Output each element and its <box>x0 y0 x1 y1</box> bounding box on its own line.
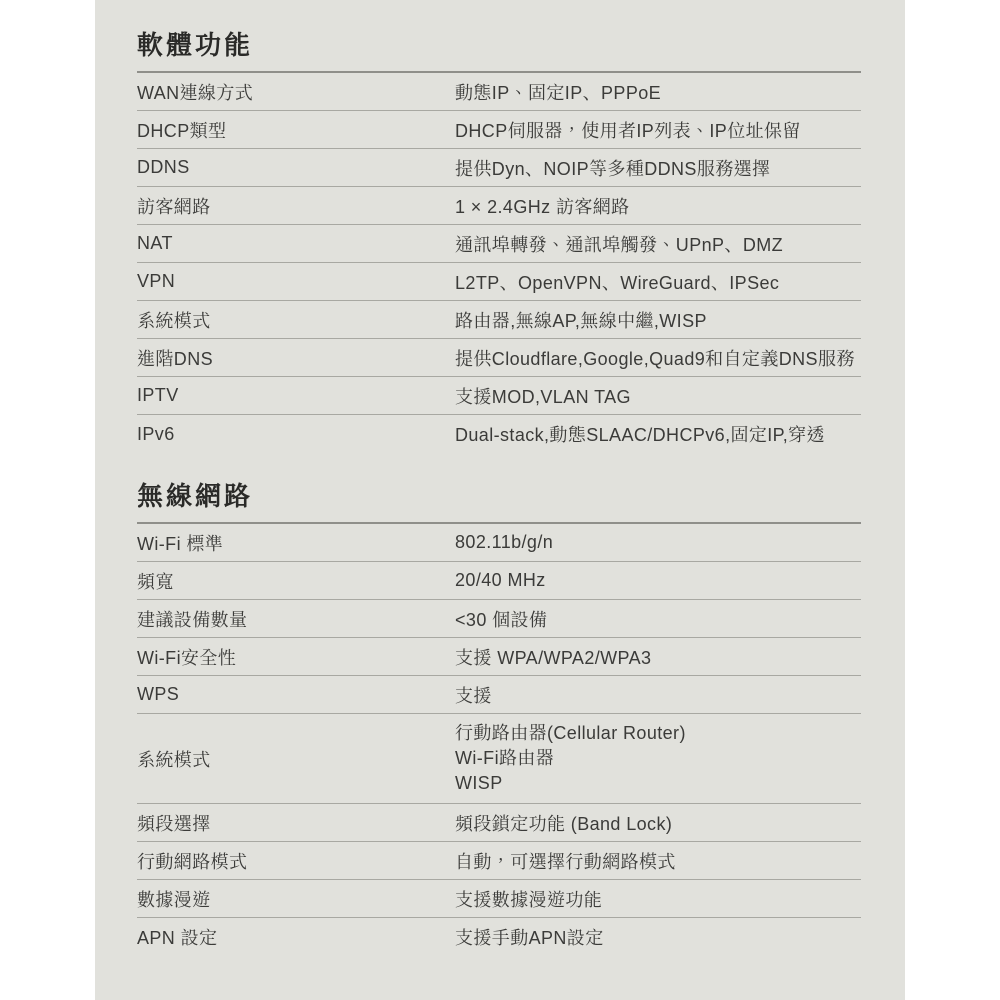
spec-row: 數據漫遊支援數據漫遊功能 <box>137 880 861 918</box>
spec-value: DHCP伺服器，使用者IP列表、IP位址保留 <box>455 117 861 143</box>
spec-row: 系統模式路由器,無線AP,無線中繼,WISP <box>137 301 861 339</box>
spec-section-1: 無線網路Wi-Fi 標準802.11b/g/n頻寬20/40 MHz建議設備數量… <box>137 481 861 956</box>
spec-value: 支援 WPA/WPA2/WPA3 <box>455 644 861 670</box>
spec-label: NAT <box>137 233 455 254</box>
spec-value: 通訊埠轉發、通訊埠觸發、UPnP、DMZ <box>455 231 861 257</box>
spec-row: IPTV支援MOD,VLAN TAG <box>137 377 861 415</box>
spec-label: DDNS <box>137 157 455 178</box>
spec-value: 頻段鎖定功能 (Band Lock) <box>455 810 861 836</box>
spec-row: 頻寬20/40 MHz <box>137 562 861 600</box>
spec-row: 建議設備數量<30 個設備 <box>137 600 861 638</box>
spec-value: 動態IP、固定IP、PPPoE <box>455 79 861 105</box>
spec-value: 提供Cloudflare,Google,Quad9和自定義DNS服務 <box>455 345 861 371</box>
spec-value: 行動路由器(Cellular Router)Wi-Fi路由器WISP <box>455 714 861 803</box>
spec-label: 數據漫遊 <box>137 886 455 912</box>
spec-row: VPNL2TP、OpenVPN、WireGuard、IPSec <box>137 263 861 301</box>
spec-row: Wi-Fi 標準802.11b/g/n <box>137 524 861 562</box>
spec-value-line: Wi-Fi路由器 <box>455 746 861 771</box>
spec-label: 頻寬 <box>137 568 455 594</box>
spec-label: Wi-Fi 標準 <box>137 530 455 556</box>
spec-value: 802.11b/g/n <box>455 532 861 553</box>
spec-value: Dual-stack,動態SLAAC/DHCPv6,固定IP,穿透 <box>455 421 861 447</box>
spec-row: Wi-Fi安全性支援 WPA/WPA2/WPA3 <box>137 638 861 676</box>
spec-value: 支援手動APN設定 <box>455 924 861 950</box>
spec-value: <30 個設備 <box>455 606 861 632</box>
spec-label: 系統模式 <box>137 307 455 333</box>
spec-label: WPS <box>137 684 455 705</box>
spec-row: 訪客網路1 × 2.4GHz 訪客網路 <box>137 187 861 225</box>
page-canvas: 軟體功能WAN連線方式動態IP、固定IP、PPPoEDHCP類型DHCP伺服器，… <box>0 0 1000 1000</box>
spec-value: 路由器,無線AP,無線中繼,WISP <box>455 307 861 333</box>
spec-row: 進階DNS提供Cloudflare,Google,Quad9和自定義DNS服務 <box>137 339 861 377</box>
spec-label: Wi-Fi安全性 <box>137 644 455 670</box>
spec-section-0: 軟體功能WAN連線方式動態IP、固定IP、PPPoEDHCP類型DHCP伺服器，… <box>137 30 861 453</box>
section-title: 無線網路 <box>137 481 861 524</box>
spec-value: L2TP、OpenVPN、WireGuard、IPSec <box>455 269 861 295</box>
spec-value-line: WISP <box>455 771 861 796</box>
spec-label: 行動網路模式 <box>137 848 455 874</box>
spec-value: 自動，可選擇行動網路模式 <box>455 848 861 874</box>
spec-label: 建議設備數量 <box>137 606 455 632</box>
spec-row: DDNS提供Dyn、NOIP等多種DDNS服務選擇 <box>137 149 861 187</box>
spec-label: 頻段選擇 <box>137 810 455 836</box>
spec-row: 行動網路模式自動，可選擇行動網路模式 <box>137 842 861 880</box>
spec-label: 進階DNS <box>137 345 455 371</box>
spec-panel: 軟體功能WAN連線方式動態IP、固定IP、PPPoEDHCP類型DHCP伺服器，… <box>95 0 905 1000</box>
spec-row: WPS支援 <box>137 676 861 714</box>
spec-row: DHCP類型DHCP伺服器，使用者IP列表、IP位址保留 <box>137 111 861 149</box>
spec-row: IPv6Dual-stack,動態SLAAC/DHCPv6,固定IP,穿透 <box>137 415 861 453</box>
spec-label: IPTV <box>137 385 455 406</box>
spec-label: 訪客網路 <box>137 193 455 219</box>
spec-value: 1 × 2.4GHz 訪客網路 <box>455 193 861 219</box>
spec-value: 支援數據漫遊功能 <box>455 886 861 912</box>
spec-value: 支援MOD,VLAN TAG <box>455 383 861 409</box>
spec-value: 提供Dyn、NOIP等多種DDNS服務選擇 <box>455 155 861 181</box>
spec-label: WAN連線方式 <box>137 79 455 105</box>
spec-label: 系統模式 <box>137 746 455 772</box>
spec-row: 系統模式行動路由器(Cellular Router)Wi-Fi路由器WISP <box>137 714 861 804</box>
spec-value: 支援 <box>455 682 861 708</box>
spec-label: VPN <box>137 271 455 292</box>
spec-label: APN 設定 <box>137 924 455 950</box>
spec-row: 頻段選擇頻段鎖定功能 (Band Lock) <box>137 804 861 842</box>
spec-label: DHCP類型 <box>137 117 455 143</box>
spec-row: APN 設定支援手動APN設定 <box>137 918 861 956</box>
spec-row: WAN連線方式動態IP、固定IP、PPPoE <box>137 73 861 111</box>
spec-value-line: 行動路由器(Cellular Router) <box>455 721 861 746</box>
spec-label: IPv6 <box>137 424 455 445</box>
spec-value: 20/40 MHz <box>455 570 861 591</box>
spec-row: NAT通訊埠轉發、通訊埠觸發、UPnP、DMZ <box>137 225 861 263</box>
section-title: 軟體功能 <box>137 30 861 73</box>
